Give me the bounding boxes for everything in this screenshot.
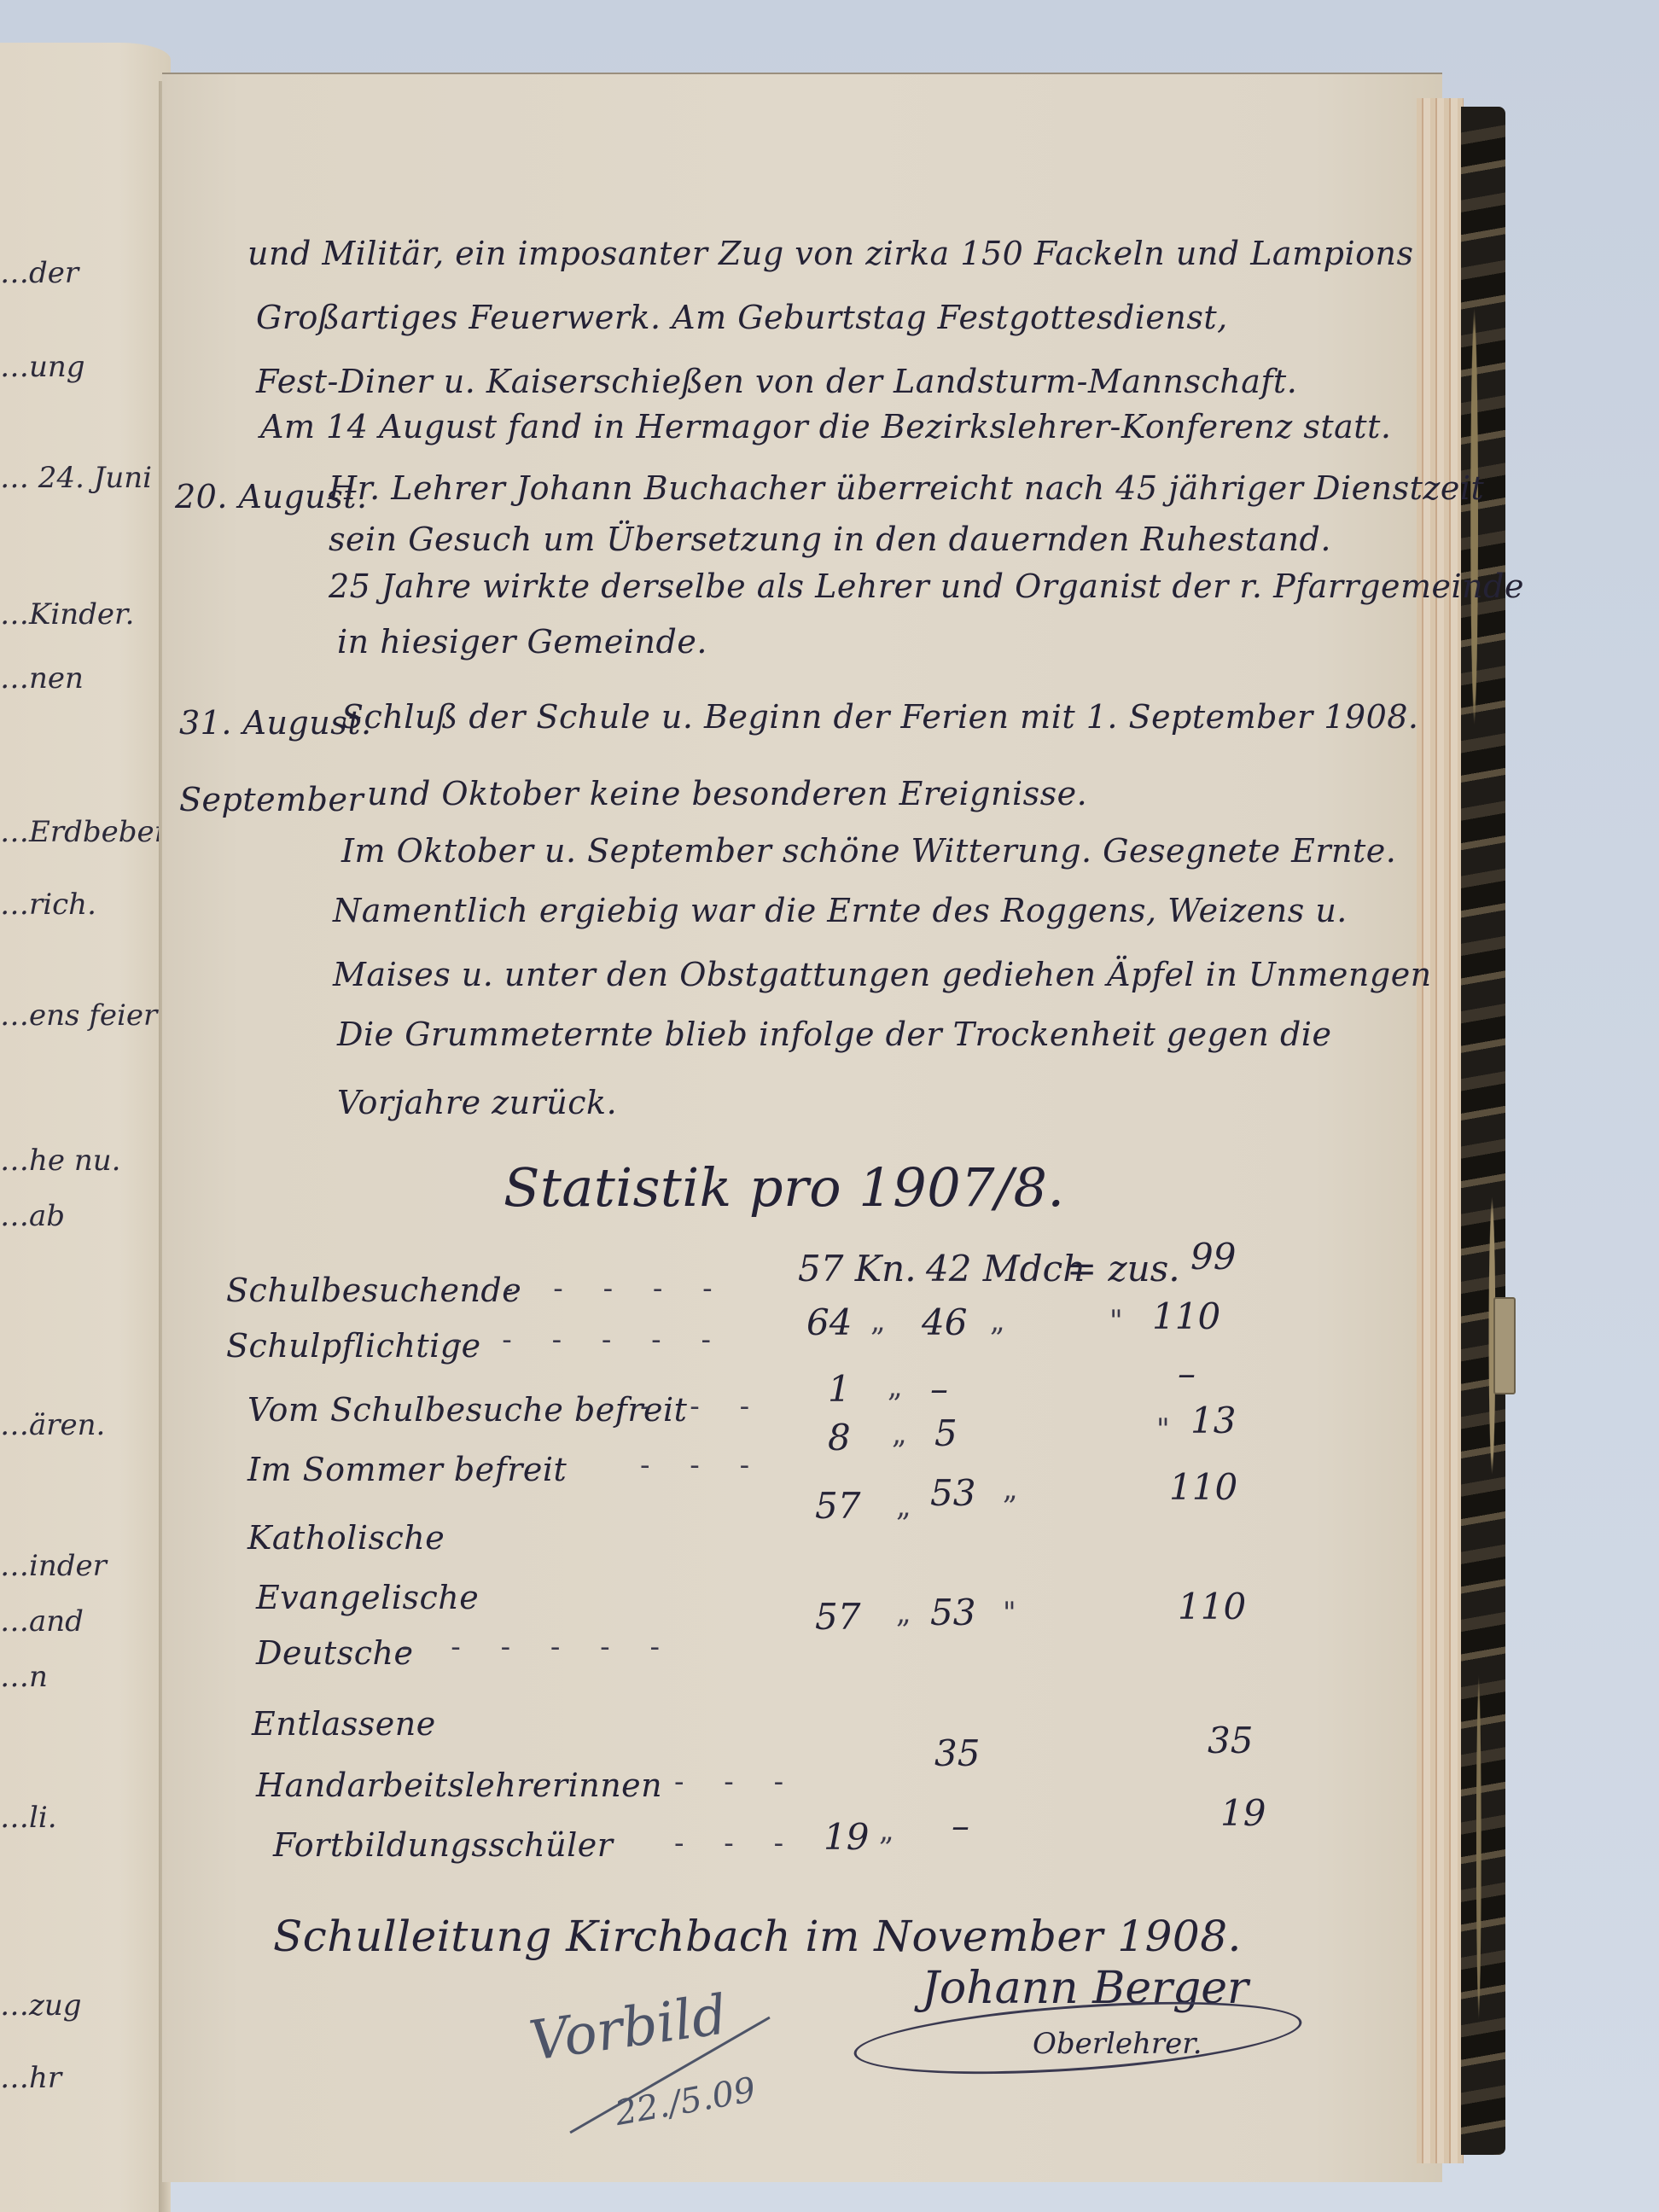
stat-eq: " [1156,1412,1170,1447]
leader-dashes: - - - [640,1389,765,1423]
left-page-fragment: …he nu. [0,1144,120,1178]
ditto-mark: „ [892,1417,907,1451]
chronicle-line: Im Oktober u. September schöne Witterung… [341,832,1396,870]
chronicle-line: 25 Jahre wirkte derselbe als Lehrer und … [329,568,1524,605]
stat-girls: 46 [922,1301,967,1343]
left-page-fragment: …Kinder. [0,597,134,632]
left-page-fragment: …hr [0,2061,61,2095]
chronicle-line: Schluß der Schule u. Beginn der Ferien m… [341,698,1419,736]
stat-eq: " [1109,1304,1123,1338]
left-page-fragment: …Erdbeben. [0,815,182,849]
ditto-mark: „ [990,1304,1005,1338]
stat-total: 19 [1220,1792,1266,1834]
stat-boys: 1 [828,1368,851,1410]
chronicle-line: Die Grummeternte blieb infolge der Trock… [337,1016,1331,1053]
left-page-fragment: …rich. [0,888,96,922]
left-page-fragment: …and [0,1604,84,1639]
stat-boys: 57 Kn. [798,1248,917,1289]
chronicle-line: und Militär, ein imposanter Zug von zirk… [247,235,1413,272]
chronicle-line: Hr. Lehrer Johann Buchacher überreicht n… [329,469,1484,507]
stat-total: 99 [1190,1236,1236,1278]
stat-boys: 8 [828,1417,851,1458]
chronicle-line: Am 14 August fand in Hermagor die Bezirk… [260,408,1391,445]
stat-total: 13 [1190,1400,1236,1441]
left-page-fragment: …li. [0,1801,57,1835]
chronicle-line: Vorjahre zurück. [337,1084,617,1121]
stat-row-label: Katholische [247,1519,445,1557]
stat-row-label: Handarbeitslehrerinnen [256,1767,662,1804]
chronicle-line: Großartiges Feuerwerk. Am Geburtstag Fes… [256,299,1228,336]
leader-dashes: - - - - - - [452,1323,726,1357]
leader-dashes: - - - [640,1448,765,1482]
ditto-mark: „ [896,1489,911,1523]
stat-row-label: Vom Schulbesuche befreit [247,1391,687,1429]
stat-boys: 64 [806,1301,852,1343]
page-edges [1417,98,1464,2163]
stat-girls: 35 [934,1732,980,1774]
left-page-fragment: …ären. [0,1408,105,1442]
ditto-mark: „ [1003,1472,1018,1506]
leader-dashes: - - - - - - [401,1630,675,1664]
left-page-partial: …der …ung … 24. Juni …Kinder. …nen …Erdb… [0,43,171,2212]
stat-row-label: Deutsche [256,1634,413,1672]
stat-row-label: Fortbildungsschüler [273,1826,613,1864]
signature-title: Oberlehrer. [1033,2027,1202,2061]
stat-girls: 53 [930,1592,975,1633]
chronicle-line: Maises u. unter den Obstgattungen gedieh… [333,956,1432,993]
ditto-mark: „ [879,1813,894,1848]
ditto-mark: „ [888,1370,903,1404]
stat-boys: 57 [815,1596,860,1638]
stat-total: 35 [1208,1720,1253,1761]
stat-boys: 57 [815,1485,860,1527]
stat-girls: – [952,1805,969,1847]
stat-row-label: Evangelische [256,1579,479,1616]
left-page-fragment: …zug [0,1988,82,2023]
leader-dashes: - - - [674,1765,799,1799]
chronicle-line: Fest-Diner u. Kaiserschießen von der Lan… [256,363,1297,400]
chronicle-line: sein Gesuch um Übersetzung in den dauern… [329,521,1331,558]
stat-total: 110 [1178,1586,1246,1627]
stat-total: 110 [1169,1466,1237,1508]
left-page-fragment: …ung [0,350,85,384]
stat-boys: 19 [824,1816,869,1858]
left-page-fragment: …ens feier [0,998,157,1033]
entry-date: September [179,781,364,818]
stat-eq: = zus. [1067,1248,1180,1289]
marbled-cover-edge [1461,107,1505,2155]
left-page-fragment: …n [0,1660,48,1694]
ditto-mark: „ [896,1596,911,1630]
left-page-fragment: …inder [0,1549,107,1583]
leader-dashes: - - - - - [504,1272,728,1306]
statistics-title: Statistik pro 1907/8. [504,1156,1065,1219]
stat-girls: 5 [934,1412,958,1454]
stat-girls: – [930,1368,948,1410]
left-page-fragment: …ab [0,1199,65,1233]
chronicle-line: Namentlich ergiebig war die Ernte des Ro… [333,892,1348,929]
stat-eq: " [1003,1596,1016,1630]
ditto-mark: „ [870,1304,886,1338]
stat-girls: 42 Mdch [926,1248,1086,1289]
stat-total: 110 [1152,1295,1220,1337]
stat-row-label: Schulbesuchende [226,1272,521,1309]
stat-row-label: Schulpflichtige [226,1327,481,1365]
stat-girls: 53 [930,1472,975,1514]
stat-row-label: Entlassene [252,1705,436,1743]
stat-row-label: Im Sommer befreit [247,1451,567,1488]
left-page-fragment: …nen [0,661,84,696]
chronicle-line: und Oktober keine besonderen Ereignisse. [367,775,1087,812]
chronicle-line: in hiesiger Gemeinde. [337,623,707,661]
leader-dashes: - - - [674,1826,799,1860]
book-clasp [1493,1297,1516,1394]
left-page-fragment: … 24. Juni [0,461,152,495]
stat-total: – [1178,1353,1196,1394]
signoff-place-date: Schulleitung Kirchbach im November 1908. [273,1912,1242,1961]
left-page-fragment: …der [0,256,79,290]
